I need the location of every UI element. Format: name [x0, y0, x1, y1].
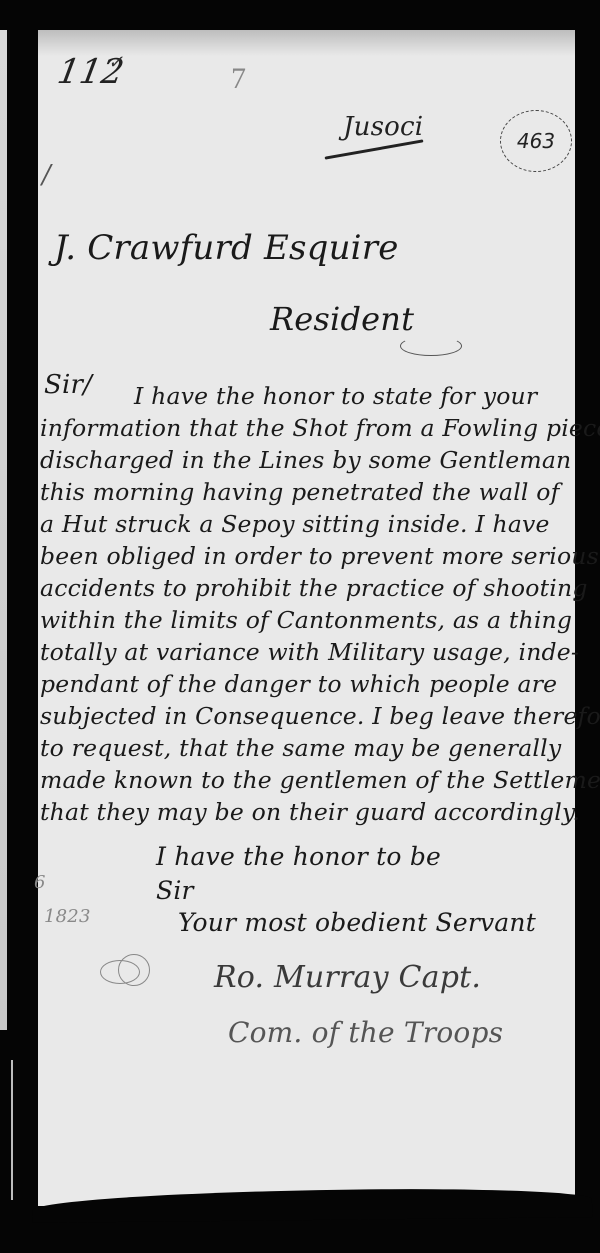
body-line: totally at variance with Military usage,… [40, 638, 579, 666]
body-line: I have the honor to state for your [134, 382, 537, 410]
salutation: Sir/ [44, 370, 92, 400]
body-line: made known to the gentlemen of the Settl… [40, 766, 600, 794]
archive-stamp: 463 [500, 110, 572, 172]
body-line: accidents to prohibit the practice of sh… [40, 574, 588, 602]
body-line: this morning having penetrated the wall … [40, 478, 560, 506]
body-line: pendant of the danger to which people ar… [40, 670, 557, 698]
caption-flourish [324, 139, 423, 159]
body-line: been obliged in order to prevent more se… [40, 542, 599, 570]
body-line: a Hut struck a Sepoy sitting inside. I h… [40, 510, 550, 538]
letter-page: 112 ✓ 7 Jusoci 463 / J. Crawfurd Esquire… [38, 30, 575, 1206]
stamp-number: 463 [517, 129, 555, 153]
addressee-title: Resident [270, 300, 414, 338]
title-flourish [400, 336, 462, 356]
body-line: discharged in the Lines by some Gentlema… [40, 446, 571, 474]
header-caption: Jusoci [343, 112, 423, 142]
margin-note-year: 1823 [44, 906, 91, 927]
scan-edge-line [11, 1060, 13, 1200]
signature-designation: Com. of the Troops [228, 1016, 503, 1049]
body-line: information that the Shot from a Fowling… [40, 414, 600, 442]
body-line: to request, that the same may be general… [40, 734, 561, 762]
page-bottom-edge [32, 1187, 592, 1223]
closing-line-3: Your most obedient Servant [178, 908, 536, 937]
body-line: that they may be on their guard accordin… [40, 798, 580, 826]
check-mark: ✓ [108, 52, 123, 73]
addressee-name: J. Crawfurd Esquire [54, 228, 399, 268]
page-mark: 7 [231, 62, 246, 96]
closing-line-2: Sir [156, 876, 194, 905]
body-line: within the limits of Cantonments, as a t… [40, 606, 572, 634]
margin-note-number: 6 [34, 872, 46, 893]
scan-edge-strip [0, 30, 7, 1030]
body-line: subjected in Consequence. I beg leave th… [40, 702, 600, 730]
margin-mark-upper: / [42, 160, 51, 190]
closing-line-1: I have the honor to be [156, 842, 441, 871]
signature-name: Ro. Murray Capt. [214, 960, 481, 995]
margin-flourish-icon [118, 954, 150, 986]
